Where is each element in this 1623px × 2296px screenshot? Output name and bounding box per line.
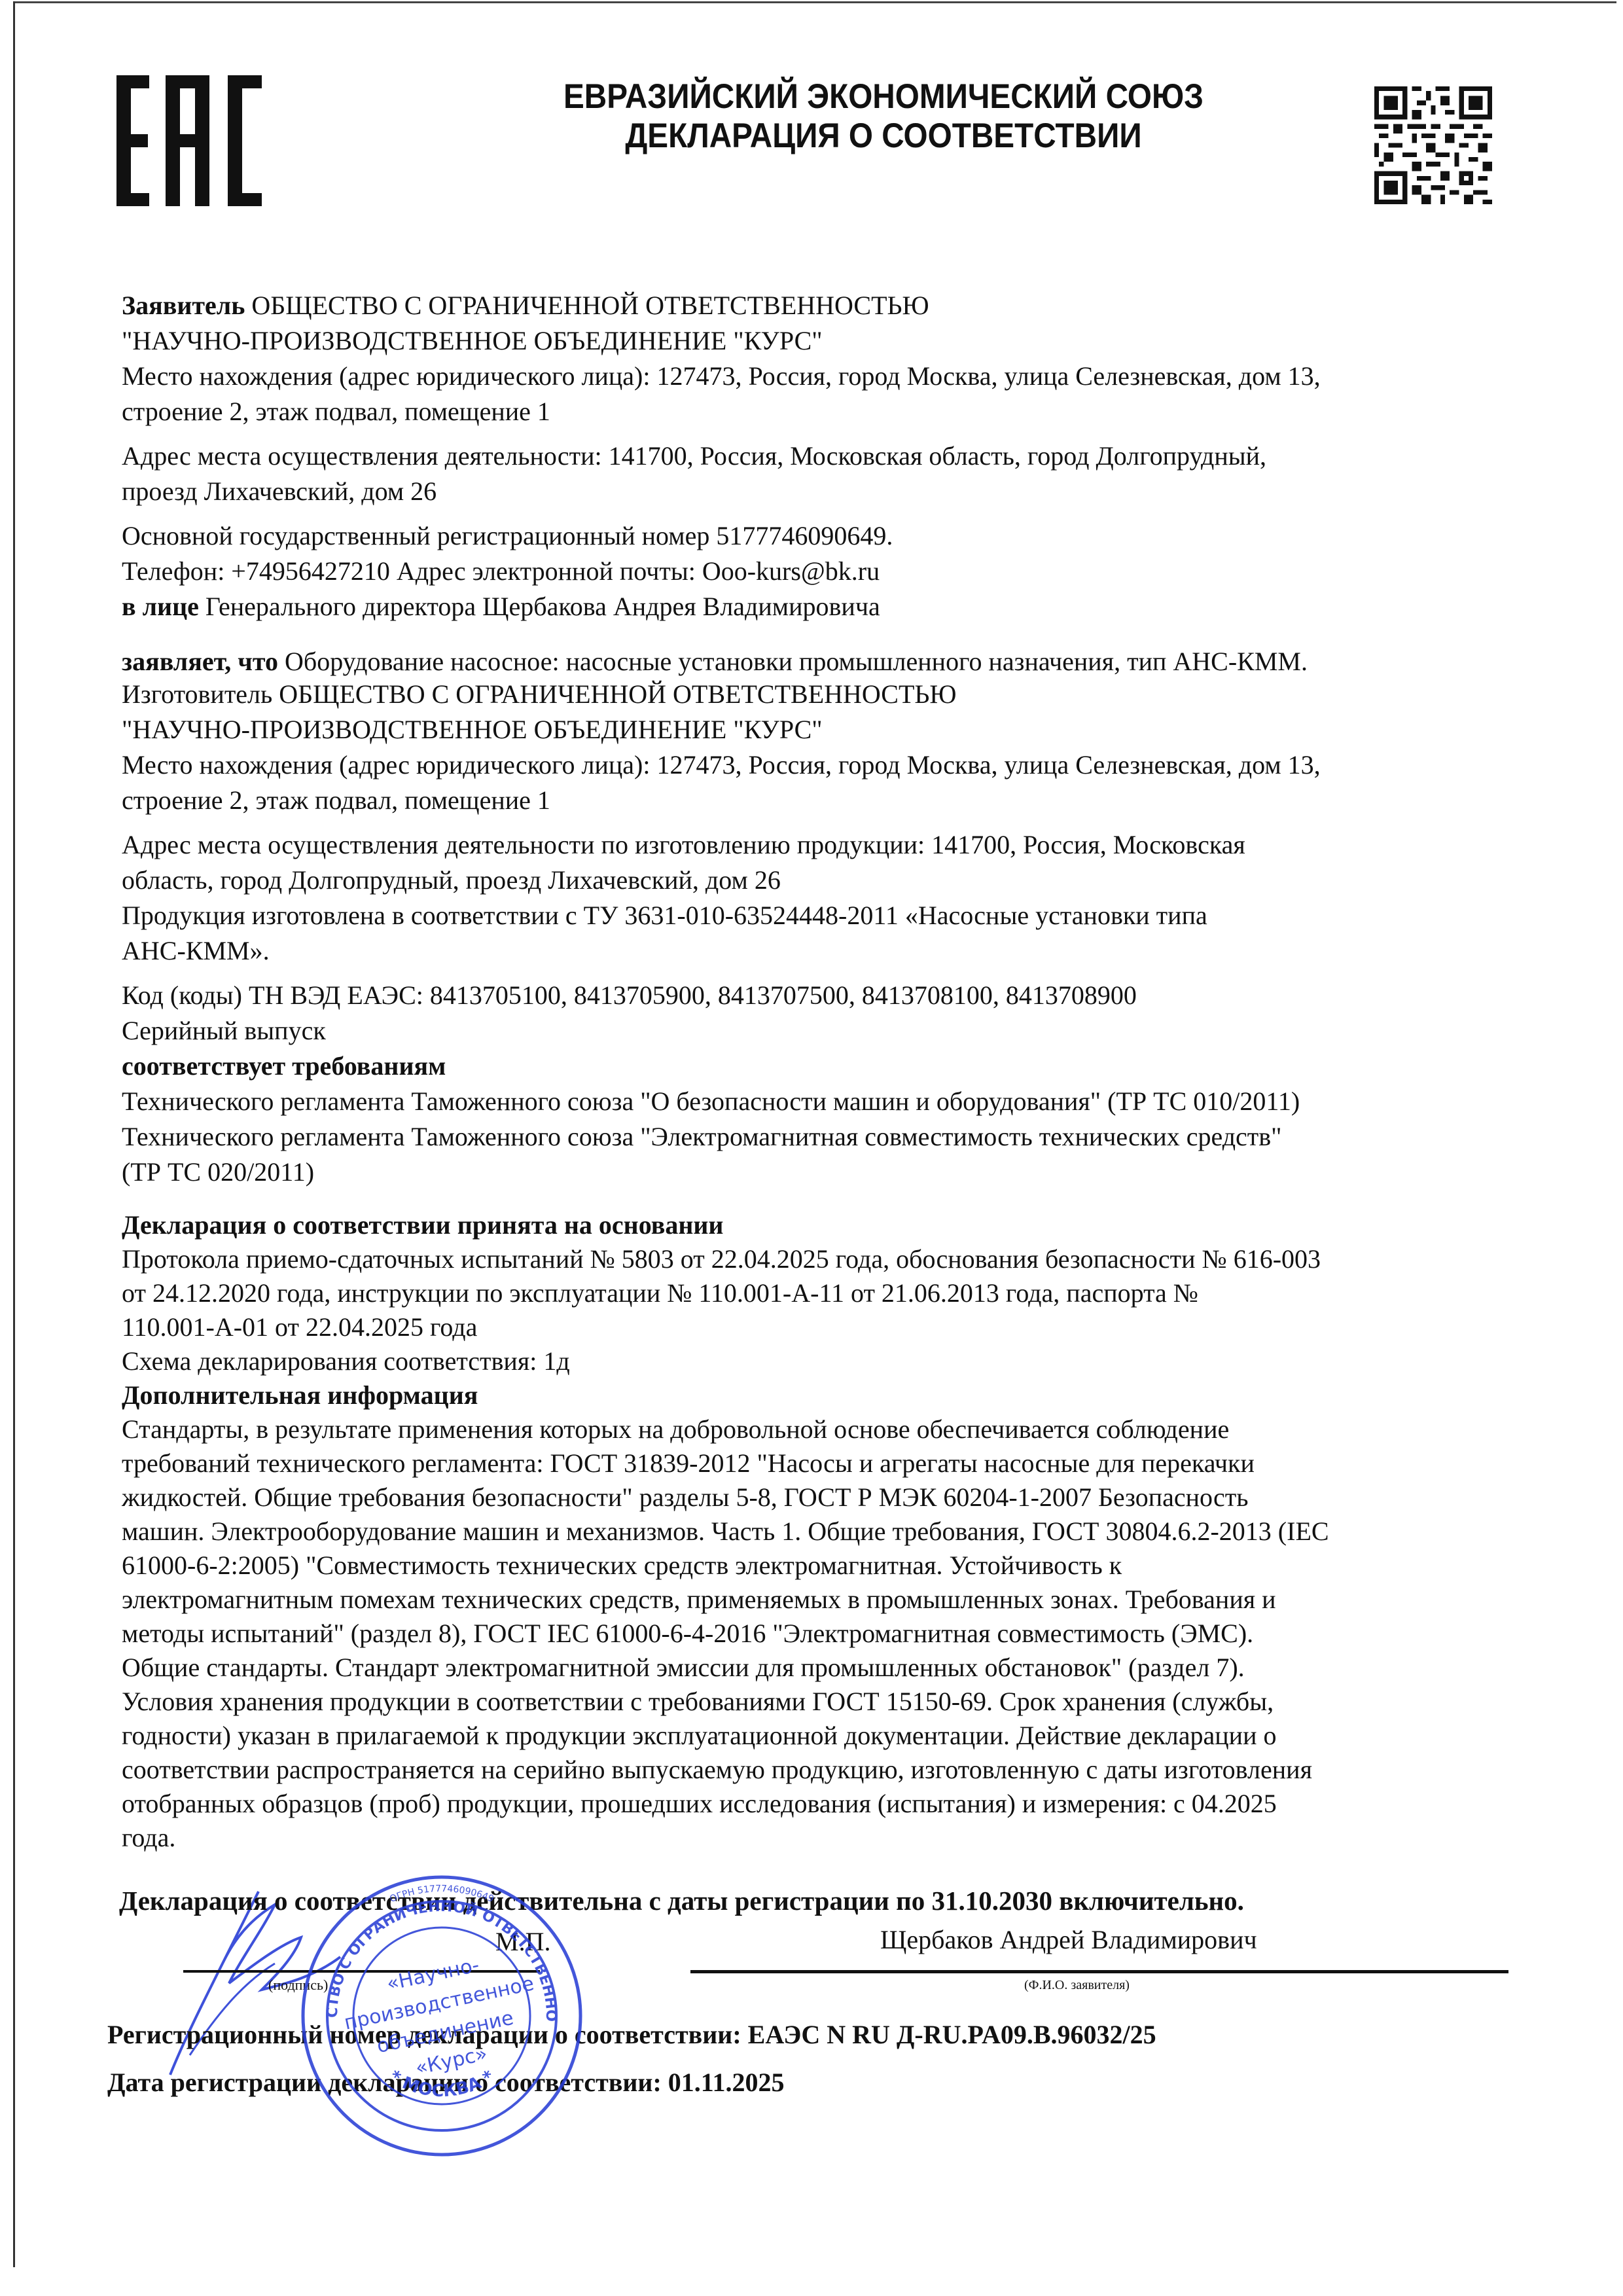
applicant-activity-address-cont: проезд Лихачевский, дом 26 [122, 474, 1516, 509]
hs-codes: Код (коды) ТН ВЭД ЕАЭС: 8413705100, 8413… [122, 978, 1516, 1013]
basis-line: 110.001-А-01 от 22.04.2025 года [122, 1310, 1516, 1344]
manufacturer-name-line1: Изготовитель ОБЩЕСТВО С ОГРАНИЧЕННОЙ ОТВ… [122, 677, 1516, 712]
document-title: ЕВРАЗИЙСКИЙ ЭКОНОМИЧЕСКИЙ СОЮЗ ДЕКЛАРАЦИ… [418, 77, 1349, 156]
applicant-contacts: Телефон: +74956427210 Адрес электронной … [122, 554, 1516, 589]
additional-info-line: Общие стандарты. Стандарт электромагнитн… [122, 1651, 1516, 1685]
applicant-legal-address: Место нахождения (адрес юридического лиц… [122, 359, 1516, 394]
qr-code-icon[interactable] [1374, 86, 1492, 204]
name-caption: (Ф.И.О. заявителя) [1024, 1978, 1130, 1993]
applicant-name-line2: "НАУЧНО-ПРОИЗВОДСТВЕННОЕ ОБЪЕДИНЕНИЕ "КУ… [122, 323, 1516, 359]
applicant-legal-address-cont: строение 2, этаж подвал, помещение 1 [122, 394, 1516, 429]
manufacturer-label: Изготовитель [122, 679, 272, 709]
declaration-scheme: Схема декларирования соответствия: 1д [122, 1344, 1516, 1378]
additional-info-line: машин. Электрооборудование машин и механ… [122, 1515, 1516, 1549]
regulation-1: Технического регламента Таможенного союз… [122, 1084, 1516, 1119]
declares-label: заявляет, что [122, 647, 278, 676]
applicant-ogrn: Основной государственный регистрационный… [122, 518, 1516, 554]
additional-info-line: годности) указан в прилагаемой к продукц… [122, 1719, 1516, 1753]
applicant-activity-address: Адрес места осуществления деятельности: … [122, 439, 1516, 474]
title-union: ЕВРАЗИЙСКИЙ ЭКОНОМИЧЕСКИЙ СОЮЗ [418, 77, 1349, 117]
additional-info-line: Стандарты, в результате применения котор… [122, 1412, 1516, 1446]
page-top-border [13, 1, 1616, 3]
additional-info-line: 61000-6-2:2005) "Совместимость техническ… [122, 1549, 1516, 1583]
manufacturer-spec-cont: АНС-КММ». [122, 933, 1516, 969]
manufacturer-section: Изготовитель ОБЩЕСТВО С ОГРАНИЧЕННОЙ ОТВ… [122, 677, 1516, 1190]
manufacturer-legal-address: Место нахождения (адрес юридического лиц… [122, 747, 1516, 783]
applicant-representative: в лице Генерального директора Щербакова … [122, 589, 1516, 624]
additional-info-line: методы испытаний" (раздел 8), ГОСТ IEC 6… [122, 1617, 1516, 1651]
additional-info: Стандарты, в результате применения котор… [122, 1412, 1516, 1855]
additional-info-line: электромагнитным помехам технических сре… [122, 1583, 1516, 1617]
applicant-name-line1: Заявитель ОБЩЕСТВО С ОГРАНИЧЕННОЙ ОТВЕТС… [122, 288, 1516, 323]
name-line [690, 1970, 1508, 1973]
applicant-label: Заявитель [122, 291, 245, 320]
product-description: Оборудование насосное: насосные установк… [278, 647, 1308, 676]
additional-info-line: требований технического регламента: ГОСТ… [122, 1446, 1516, 1480]
regulation-2-cont: (ТР ТС 020/2011) [122, 1155, 1516, 1190]
manufacturer-production-address-cont: область, город Долгопрудный, проезд Лиха… [122, 863, 1516, 898]
company-stamp-icon: ОБЩЕСТВО С ОГРАНИЧЕННОЙ ОТВЕТСТВЕННОСТЬЮ… [298, 1872, 586, 2160]
represented-label: в лице [122, 592, 199, 621]
complies-label: соответствует требованиям [122, 1049, 1516, 1084]
eac-logo-icon [116, 75, 263, 206]
declaration-statement: заявляет, что Оборудование насосное: нас… [122, 644, 1516, 679]
release-type: Серийный выпуск [122, 1013, 1516, 1049]
registration-number: Регистрационный номер декларации о соотв… [107, 2019, 1156, 2050]
page-left-border [13, 1, 15, 2267]
manufacturer-production-address: Адрес места осуществления деятельности п… [122, 827, 1516, 863]
additional-heading: Дополнительная информация [122, 1378, 1516, 1412]
applicant-section: Заявитель ОБЩЕСТВО С ОГРАНИЧЕННОЙ ОТВЕТС… [122, 288, 1516, 679]
title-declaration: ДЕКЛАРАЦИЯ О СООТВЕТСТВИИ [418, 117, 1349, 156]
additional-info-line: жидкостей. Общие требования безопасности… [122, 1480, 1516, 1515]
manufacturer-spec: Продукция изготовлена в соответствии с Т… [122, 898, 1516, 933]
additional-info-line: соответствии распространяется на серийно… [122, 1753, 1516, 1787]
additional-info-line: Условия хранения продукции в соответстви… [122, 1685, 1516, 1719]
manufacturer-name-line2: "НАУЧНО-ПРОИЗВОДСТВЕННОЕ ОБЪЕДИНЕНИЕ "КУ… [122, 712, 1516, 747]
basis-line: от 24.12.2020 года, инструкции по эксплу… [122, 1276, 1516, 1310]
basis-line: Протокола приемо-сдаточных испытаний № 5… [122, 1242, 1516, 1276]
basis-section: Декларация о соответствии принята на осн… [122, 1208, 1516, 1855]
manufacturer-legal-address-cont: строение 2, этаж подвал, помещение 1 [122, 783, 1516, 818]
regulation-2: Технического регламента Таможенного союз… [122, 1119, 1516, 1155]
additional-info-line: отобранных образцов (проб) продукции, пр… [122, 1787, 1516, 1821]
signatory-name: Щербаков Андрей Владимирович [880, 1924, 1257, 1955]
additional-info-line: года. [122, 1821, 1516, 1855]
basis-heading: Декларация о соответствии принята на осн… [122, 1208, 1516, 1242]
